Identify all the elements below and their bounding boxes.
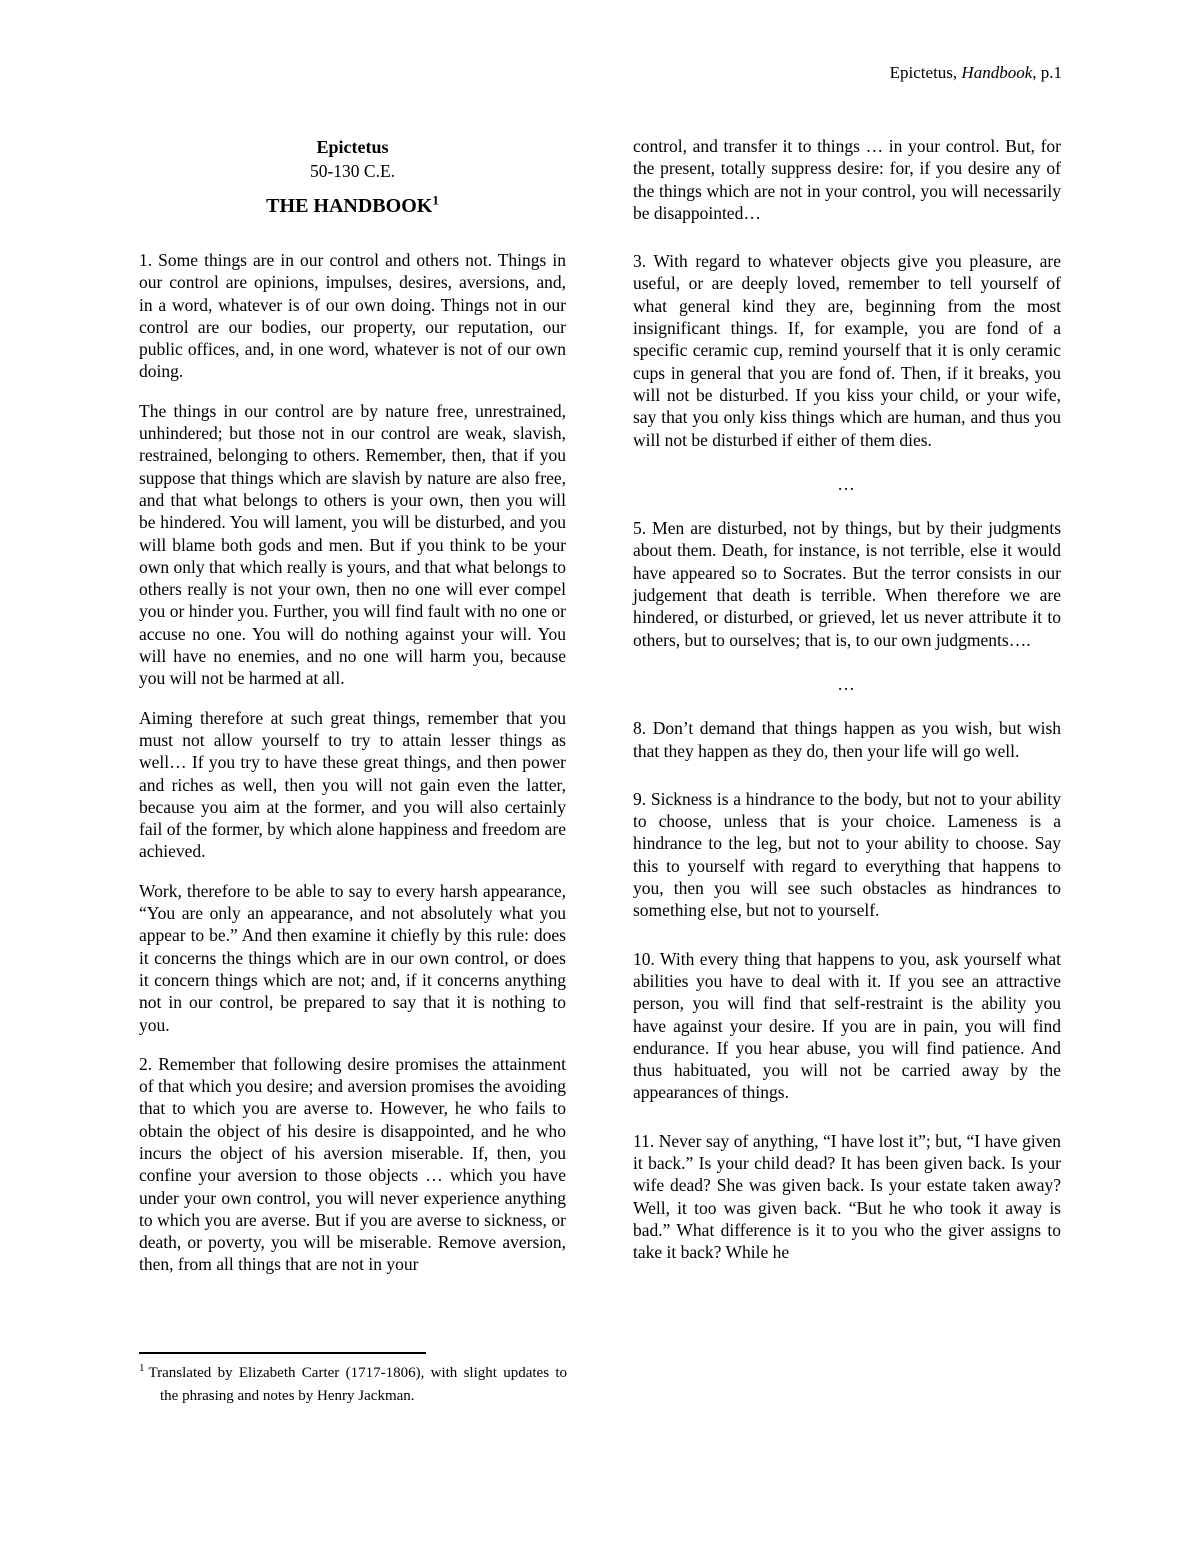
- paragraph-section3: 3. With regard to whatever objects give …: [633, 250, 1061, 451]
- left-column: Epictetus 50-130 C.E. THE HANDBOOK1 1. S…: [139, 135, 566, 1293]
- header-work-title: Handbook: [961, 63, 1032, 82]
- document-page: Epictetus, Handbook, p.1 Epictetus 50-13…: [0, 0, 1200, 1553]
- paragraph-section10: 10. With every thing that happens to you…: [633, 948, 1061, 1104]
- paragraph-aiming: Aiming therefore at such great things, r…: [139, 707, 566, 863]
- document-title: THE HANDBOOK1: [139, 193, 566, 219]
- paragraph-section2-cont: control, and transfer it to things … in …: [633, 135, 1061, 224]
- title-footnote-ref: 1: [432, 192, 439, 207]
- document-title-text: THE HANDBOOK: [266, 195, 432, 217]
- footnote-body: Translated by Elizabeth Carter (1717-180…: [149, 1365, 568, 1404]
- paragraph-section1-cont: The things in our control are by nature …: [139, 400, 566, 690]
- paragraph-section11: 11. Never say of anything, “I have lost …: [633, 1130, 1061, 1264]
- footnote-marker: 1: [139, 1362, 145, 1374]
- running-header: Epictetus, Handbook, p.1: [0, 62, 1062, 84]
- paragraph-section2: 2. Remember that following desire promis…: [139, 1053, 566, 1276]
- footnote: 1Translated by Elizabeth Carter (1717-18…: [139, 1352, 567, 1408]
- header-page-number: , p.1: [1032, 63, 1062, 82]
- paragraph-work: Work, therefore to be able to say to eve…: [139, 880, 566, 1036]
- header-author: Epictetus,: [890, 63, 962, 82]
- author-name: Epictetus: [139, 135, 566, 159]
- paragraph-section5: 5. Men are disturbed, not by things, but…: [633, 517, 1061, 651]
- ellipsis-separator: …: [633, 673, 1061, 695]
- footnote-text: 1Translated by Elizabeth Carter (1717-18…: [139, 1362, 567, 1408]
- right-column: control, and transfer it to things … in …: [633, 135, 1061, 1289]
- author-dates: 50-130 C.E.: [139, 159, 566, 183]
- paragraph-section9: 9. Sickness is a hindrance to the body, …: [633, 788, 1061, 922]
- paragraph-section1: 1. Some things are in our control and ot…: [139, 249, 566, 383]
- paragraph-section8: 8. Don’t demand that things happen as yo…: [633, 717, 1061, 762]
- footnote-separator-rule: [139, 1352, 426, 1354]
- ellipsis-separator: …: [633, 473, 1061, 495]
